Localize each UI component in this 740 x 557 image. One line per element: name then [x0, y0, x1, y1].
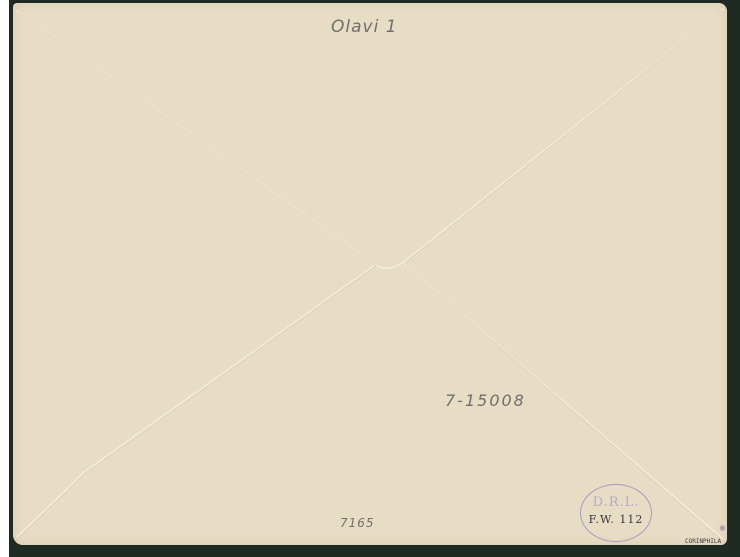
handwritten-note-top: Olavi 1 — [331, 17, 398, 37]
postmark-stamp: D.R.L. F.W. 112 — [580, 484, 652, 542]
stamp-line-2: F.W. 112 — [581, 513, 651, 526]
handwritten-note-bottom: 7165 — [340, 516, 375, 530]
flap-creases — [13, 3, 727, 545]
stamp-line-1: D.R.L. — [581, 495, 651, 510]
corner-text: CORINPHILA 014 — [685, 538, 727, 545]
asterisk-mark-icon: ※ — [719, 524, 726, 533]
envelope-back: Olavi 1 7-15008 7165 D.R.L. F.W. 112 ※ C… — [13, 3, 727, 545]
handwritten-note-middle: 7-15008 — [445, 391, 526, 410]
